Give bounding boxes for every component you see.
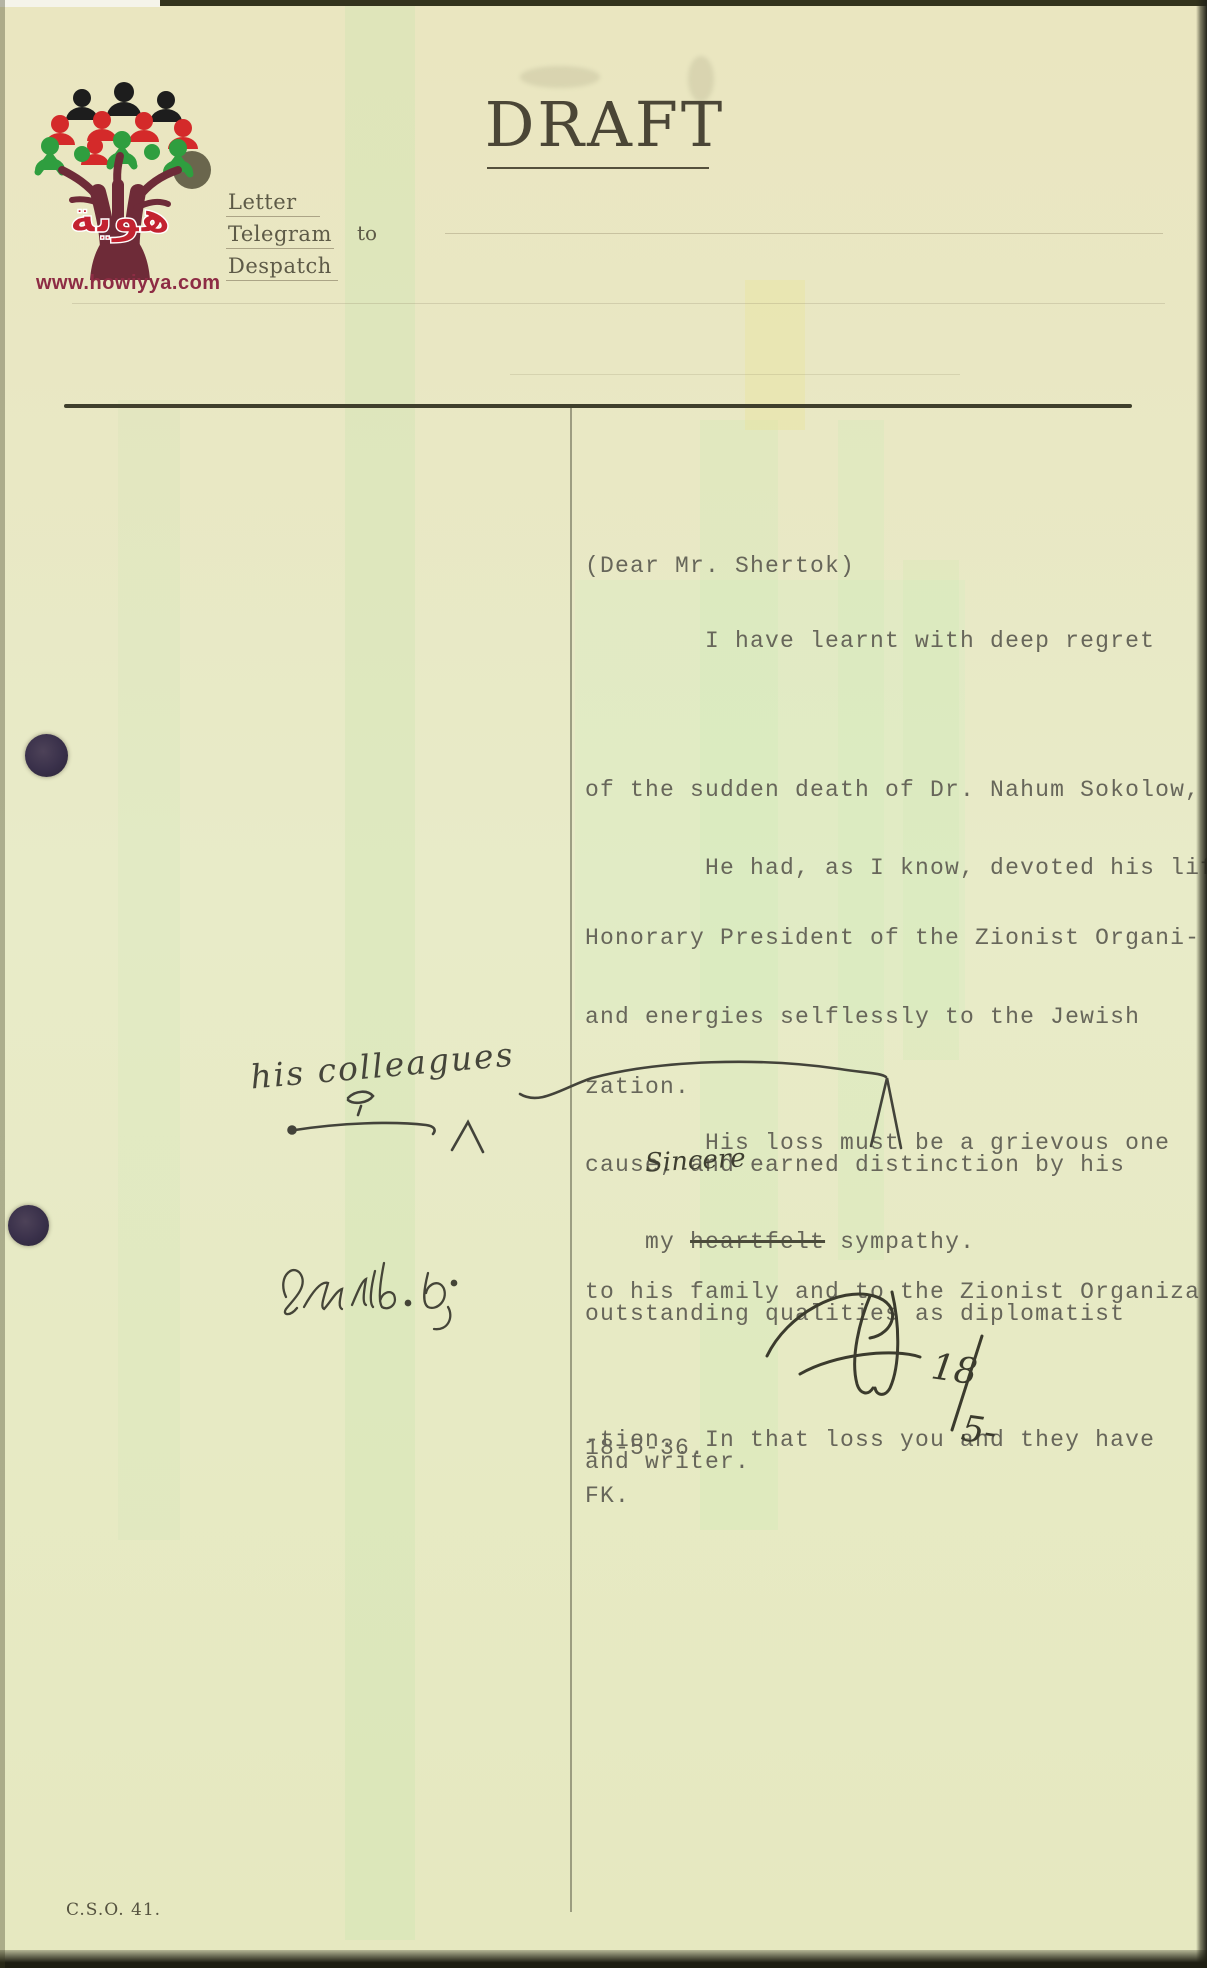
paper-streak xyxy=(345,0,415,1940)
signature-top-swoop xyxy=(767,1294,893,1356)
scanner-edge-strip xyxy=(0,0,160,7)
arrow-stroke xyxy=(295,1123,435,1134)
insertion-caret xyxy=(871,1078,901,1148)
letter-line: He had, as I know, devoted his life xyxy=(585,844,1207,894)
watermark-url: www.howiyya.com xyxy=(36,272,221,295)
page-edge-right xyxy=(1196,0,1207,1968)
signature-crossbar xyxy=(800,1353,920,1374)
page-edge-top xyxy=(0,0,1207,6)
page-edge-bottom xyxy=(0,1950,1207,1968)
signature-loop xyxy=(855,1296,873,1393)
letter-line: I have learnt with deep regret xyxy=(585,617,1200,667)
hole-punch xyxy=(25,734,68,777)
howiyya-tree-logo-icon: هوية xyxy=(20,80,225,280)
ruled-line xyxy=(72,303,1165,304)
form-reference-number: C.S.O. 41. xyxy=(66,1900,161,1920)
scan-smudge xyxy=(520,66,600,88)
to-label: to xyxy=(357,221,377,245)
signature-descender xyxy=(875,1292,898,1394)
hand-date-denominator: 5- xyxy=(959,1408,999,1453)
hand-date-numerator: 18 xyxy=(929,1346,980,1393)
margin-flick-mark xyxy=(348,1092,373,1103)
insertion-curve xyxy=(520,1062,886,1098)
letter-initials: FK. xyxy=(585,1373,645,1621)
ruled-line xyxy=(510,374,960,375)
form-label-stack: Letter Telegram Despatch xyxy=(226,190,338,281)
hole-punch xyxy=(8,1205,49,1246)
scanned-draft-letter-page: DRAFT Letter Telegram Despatch to xyxy=(0,0,1207,1968)
margin-flick-tick xyxy=(358,1106,361,1115)
handwritten-insertion-strokes xyxy=(240,1038,1010,1183)
logo-arabic-text: هوية xyxy=(69,192,170,243)
handwritten-scrawl-note xyxy=(272,1245,497,1345)
form-label-telegram: Telegram xyxy=(226,222,334,249)
header-divider-line xyxy=(64,404,1132,408)
struck-word: heartfelt xyxy=(690,1229,825,1255)
form-label-despatch: Despatch xyxy=(226,254,338,281)
form-label-letter: Letter xyxy=(226,190,320,217)
paper-streak xyxy=(118,400,180,1540)
title-underline xyxy=(487,167,709,169)
ruled-line xyxy=(445,233,1163,234)
closing-suffix: sympathy. xyxy=(825,1229,975,1255)
small-caret xyxy=(452,1122,483,1152)
typed-initials: FK. xyxy=(585,1472,645,1522)
page-edge-left xyxy=(0,0,5,1968)
closing-prefix: my xyxy=(645,1229,690,1255)
page-title: DRAFT xyxy=(470,88,740,161)
signature-flourish: 18 5- xyxy=(742,1278,1042,1458)
logo-people-black xyxy=(66,82,182,122)
